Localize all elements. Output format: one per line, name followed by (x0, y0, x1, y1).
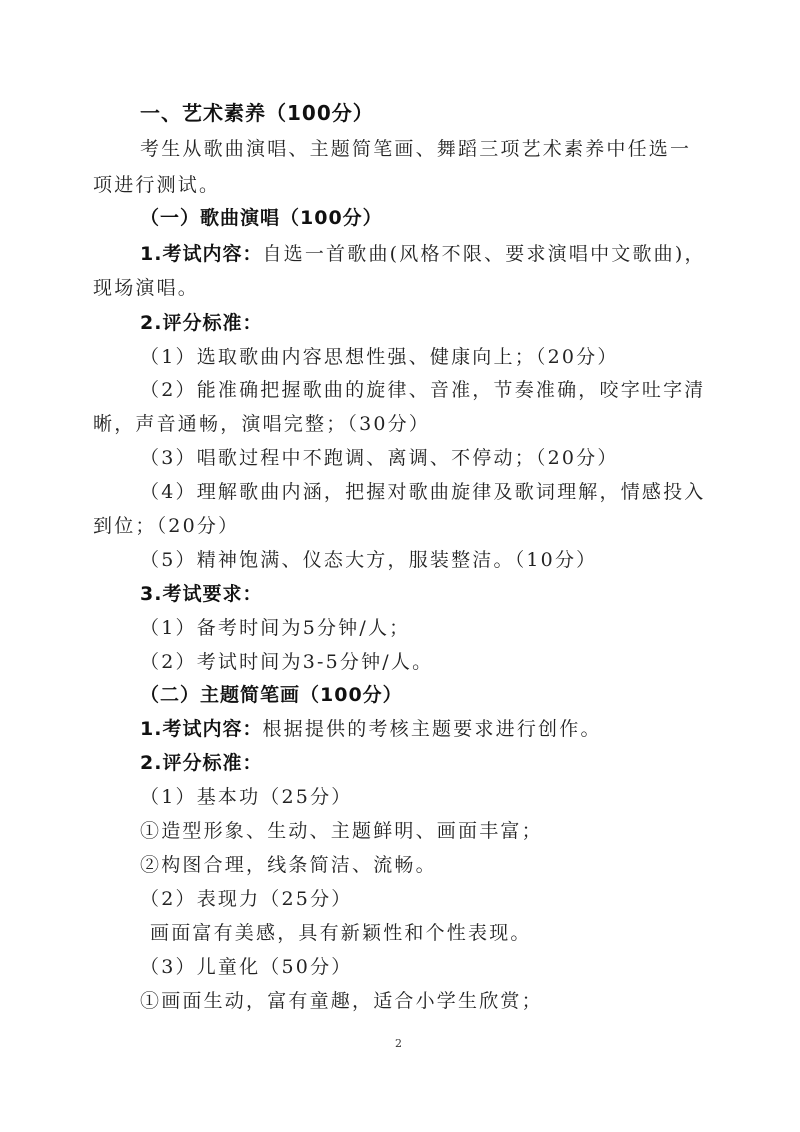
singing-content-cont: 现场演唱。 (93, 276, 199, 300)
drawing-content: 1.考试内容：根据提供的考核主题要求进行创作。 (140, 717, 602, 741)
singing-title: （一）歌曲演唱（100分） (140, 206, 383, 230)
singing-content-label: 1.考试内容： (140, 243, 262, 265)
singing-requirements-label: 3.考试要求： (140, 582, 262, 606)
singing-criterion-3: （3）唱歌过程中不跑调、离调、不停动；（20分） (140, 446, 619, 470)
drawing-childlike-item-1: ①画面生动，富有童趣，适合小学生欣赏； (140, 989, 543, 1013)
intro-line-2: 项进行测试。 (93, 173, 220, 197)
drawing-criteria-label: 2.评分标准： (140, 751, 262, 775)
intro-line-1: 考生从歌曲演唱、主题简笔画、舞蹈三项艺术素养中任选一 (140, 137, 691, 161)
drawing-content-text: 根据提供的考核主题要求进行创作。 (262, 718, 601, 740)
singing-criterion-4: （4）理解歌曲内涵，把握对歌曲旋律及歌词理解，情感投入 (140, 480, 706, 504)
drawing-childlike: （3）儿童化（50分） (140, 955, 352, 979)
drawing-title: （二）主题简笔画（100分） (140, 683, 403, 707)
singing-criterion-4-cont: 到位；（20分） (93, 514, 239, 538)
singing-criteria-label: 2.评分标准： (140, 311, 262, 335)
drawing-expression-text: 画面富有美感，具有新颖性和个性表现。 (150, 921, 532, 945)
singing-criterion-2: （2）能准确把握歌曲的旋律、音准，节奏准确，咬字吐字清 (140, 378, 706, 402)
singing-requirement-2: （2）考试时间为3-5分钟/人。 (140, 650, 433, 674)
drawing-basic-item-1: ①造型形象、生动、主题鲜明、画面丰富； (140, 819, 543, 843)
section-title: 一、艺术素养（100分） (140, 101, 374, 125)
drawing-content-label: 1.考试内容： (140, 718, 262, 740)
drawing-expression: （2）表现力（25分） (140, 887, 352, 911)
page-number: 2 (395, 1037, 402, 1050)
drawing-basic: （1）基本功（25分） (140, 785, 352, 809)
singing-content-text: 自选一首歌曲(风格不限、要求演唱中文歌曲)， (262, 243, 705, 265)
singing-criterion-2-cont: 晰，声音通畅，演唱完整；（30分） (93, 412, 430, 436)
drawing-basic-item-2: ②构图合理，线条简洁、流畅。 (140, 853, 437, 877)
singing-criterion-5: （5）精神饱满、仪态大方，服装整洁。（10分） (140, 548, 597, 572)
singing-criterion-1: （1）选取歌曲内容思想性强、健康向上；（20分） (140, 345, 619, 369)
document-page: 一、艺术素养（100分） 考生从歌曲演唱、主题简笔画、舞蹈三项艺术素养中任选一 … (0, 0, 800, 1132)
singing-requirement-1: （1）备考时间为5分钟/人； (140, 616, 410, 640)
singing-content: 1.考试内容：自选一首歌曲(风格不限、要求演唱中文歌曲)， (140, 242, 706, 266)
